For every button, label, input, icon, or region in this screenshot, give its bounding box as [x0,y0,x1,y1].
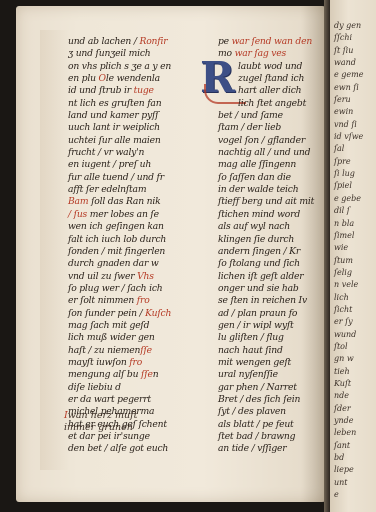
left-column-line: falt ich iuch lob durch [68,234,198,246]
left-column-line: haſt / zu niemenſſe [68,345,198,357]
right-column-line: pe war ſend wan den [218,36,328,48]
left-column-line: den bet / alſe got euch [68,443,198,455]
facing-page-line: ſpre [334,156,363,168]
left-column-line: lich muß wider gen [68,332,198,344]
left-column-line: nt lich es gruſten fan [68,98,198,110]
rubric-mark: Vhs [137,271,154,282]
facing-page-line: gn w [334,353,363,365]
rubric-mark: / ſus [68,209,87,220]
facing-page-line: lich [334,292,363,304]
rubric-mark: ſſe [140,345,152,356]
right-column-line: ad / plan praun fo [218,308,328,320]
left-column-line: en plu Ole wendenla [68,73,198,85]
left-column-line: uchtei ſur alle maien [68,135,198,147]
right-column-line: nach haut ſind [218,345,328,357]
facing-page-line: ſicht [334,304,363,316]
facing-page-line: leben [334,427,363,439]
page-stain [40,30,70,470]
right-column-line: mit wengen geſt [218,357,328,369]
right-column-line: lich ſtet angebt [218,98,328,110]
right-column-line: lichen iſt geſt alder [218,271,328,283]
right-column-line: gen / ir wipl wyſt [218,320,328,332]
facing-page-line: unt [334,477,363,489]
facing-page-line: e [334,489,363,501]
left-column-line: / ſus mer lobes an ſe [68,209,198,221]
right-column-line: laubt wod und [218,61,328,73]
right-column-line: vogel ſon / gflander [218,135,328,147]
facing-page-line: nde [334,390,363,402]
facing-page-line: wand [334,57,363,69]
rubric-mark: ſſe [141,369,153,380]
facing-page-line: ſal [334,143,363,155]
left-column-line: Bam ſoll das Ran nik [68,196,198,208]
left-column-line: durch gnaden dar w [68,258,198,270]
right-column-line: Bret / des ſich ſein [218,394,328,406]
right-column-line: ural nyſenſſie [218,369,328,381]
right-column-line: ſtieff berg und ait mit [218,196,328,208]
left-column-line: frucht / vr waly'n [68,147,198,159]
left-column-line: ſon ſunder pein / Kuſch [68,308,198,320]
facing-page-line: n bla [334,218,363,230]
facing-page-line: Kuſt [334,378,363,390]
facing-page-line: vnd ſi [334,119,363,131]
facing-page-line: ewin [334,106,363,118]
facing-page-line: ewn ſi [334,82,363,94]
right-column-line: mag alle ſſingenn [218,159,328,171]
left-column-line: mengung alſ bu ſſen [68,369,198,381]
rubric-mark: war ſag ves [235,48,286,59]
rubric-mark: tuge [134,85,154,96]
facing-page-line: wie [334,242,363,254]
left-column-line: on vhs plich s ʒe a y en [68,61,198,73]
facing-page-line: ynde [334,415,363,427]
right-column-line: ſtet bad / brawng [218,431,328,443]
rubric-mark: war ſend wan den [232,36,312,47]
facing-page-line: bd [334,452,363,464]
left-column-line: afft ſer edelnſtam [68,184,198,196]
left-column-line: mag ſach mit geſd [68,320,198,332]
right-text-column: pe war ſend wan denmo war ſag veslaubt w… [218,36,328,456]
left-column-line: ʒ und ſunʒeil mich [68,48,198,60]
right-column-line: andern ſingen / Kr [218,246,328,258]
left-column-line: mayſt iuwſon fro [68,357,198,369]
left-column-line: en iugent / preſ uh [68,159,198,171]
right-column-line: ſtam / der lieb [218,122,328,134]
rubric-mark: fro [137,295,150,306]
left-column-line: fur alle tuend / und fr [68,172,198,184]
facing-page-line: ſi lug [334,168,363,180]
footer-line-1: Iwan herz muſt [64,410,137,422]
facing-page-line: ſpiel [334,180,363,192]
left-column-line: wen ich geſingen kan [68,221,198,233]
facing-page-line: ſder [334,403,363,415]
right-column-line: se ſten in reichen Iv [218,295,328,307]
left-text-column: und ab lachen / Ronfirʒ und ſunʒeil mich… [68,36,198,456]
rubric-mark: Kuſch [145,308,171,319]
facing-page-line: dy gen [334,20,363,32]
left-column-line: land und kamer pyſſ [68,110,198,122]
right-column-line: mo war ſag ves [218,48,328,60]
left-column-line: diſe liebiu d [68,382,198,394]
facing-page-line: er ſy [334,316,363,328]
right-column-line: als auf wyl nach [218,221,328,233]
right-column-line: zugel ſtand ich [218,73,328,85]
footer-note: Iwan herz muſt immer grunen [64,410,137,435]
facing-page-line: ſt ſiu [334,45,363,57]
right-column-line: nachtig all / und und [218,147,328,159]
facing-page-line: ſſchi [334,32,363,44]
facing-page-text: dy genſſchiſt ſiuwande gemeewn ſiſeruewi… [334,20,363,501]
right-column-line: hart aller dich [218,85,328,97]
left-column-line: vnd uil zu ſwer Vhs [68,271,198,283]
facing-page-line: tieh [334,366,363,378]
facing-page-line: dil ſ [334,205,363,217]
left-column-line: er ſolt nimmen fro [68,295,198,307]
facing-page-line: e gebe [334,193,363,205]
facing-page-line: e geme [334,69,363,81]
rubric-mark: O [99,73,106,84]
facing-page-line: liepe [334,464,363,476]
left-column-line: ſo plug wer / ſach ich [68,283,198,295]
footer-line-2: immer grunen [64,422,137,434]
right-column-line: onger und sie hab [218,283,328,295]
rubric-mark: Ronfir [139,36,167,47]
right-column-line: bet / und ſame [218,110,328,122]
rubric-mark: Bam [68,196,88,207]
right-column-line: ſo ſtolang und ſich [218,258,328,270]
left-column-line: uuch lant ir weiplich [68,122,198,134]
facing-page-line: n vele [334,279,363,291]
facing-page-line: ſeru [334,94,363,106]
right-column-line: gar phen / Narret [218,382,328,394]
rubric-mark: fro [129,357,142,368]
left-column-line: ſonden / mit fingerlen [68,246,198,258]
right-column-line: lu gliſten / flug [218,332,328,344]
facing-page-line: ſant [334,440,363,452]
right-column-line: in der walde teich [218,184,328,196]
right-column-line: ſyt / des plaven [218,406,328,418]
left-column-line: er da wart pegerrt [68,394,198,406]
right-column-line: klingen ſie durch [218,234,328,246]
right-column-line: an tide / vſſiger [218,443,328,455]
facing-page-line: ſelig [334,267,363,279]
right-column-line: als blatt / pe feut [218,419,328,431]
facing-page-line: ſtol [334,341,363,353]
left-column-line: id und ſtrub ir tuge [68,85,198,97]
facing-page-line: ſtum [334,255,363,267]
right-column-line: ſo ſaſſen dan die [218,172,328,184]
left-column-line: und ab lachen / Ronfir [68,36,198,48]
facing-page-line: ſimel [334,230,363,242]
facing-page-line: wund [334,329,363,341]
facing-page-line: id vſwe [334,131,363,143]
right-column-line: ſtichen mind word [218,209,328,221]
